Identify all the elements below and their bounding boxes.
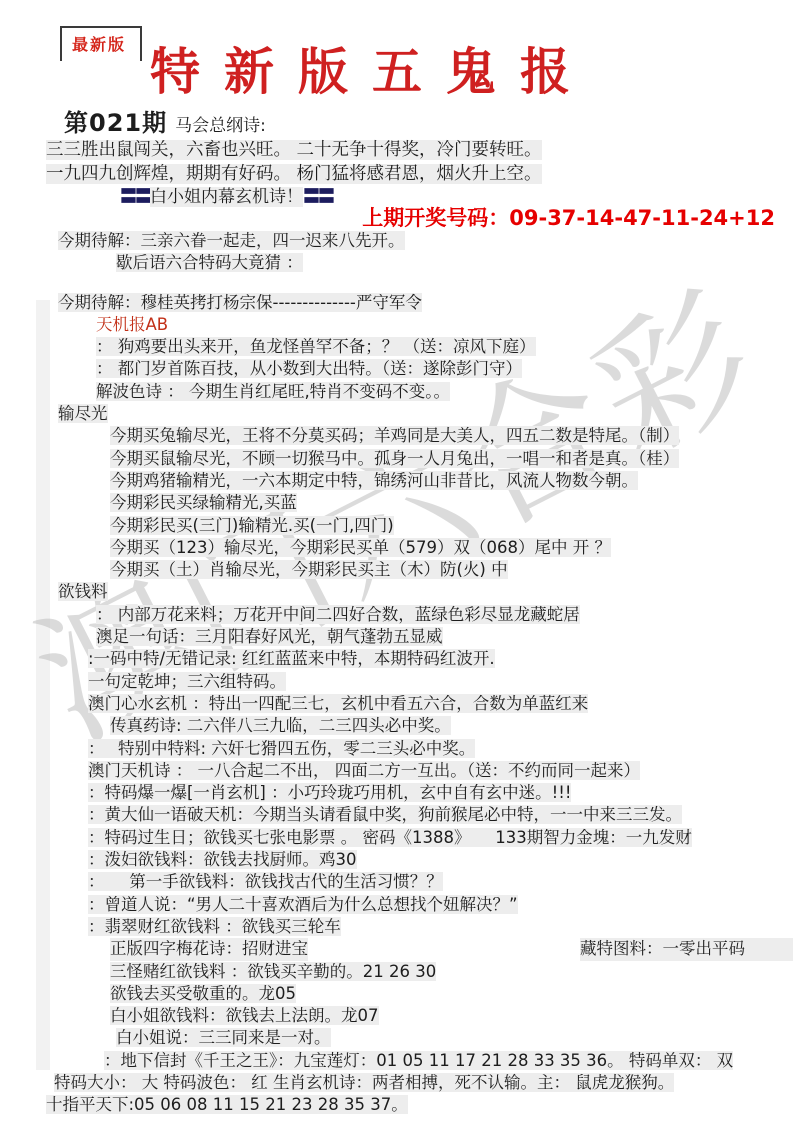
- masthead-poem-line: 一九四九创辉煌，期期有好码。 杨门猛将感君恩，烟火升上空。: [46, 162, 793, 186]
- line-text: 今期买鼠输尽光，不顾一切猴马中。孤身一人月兔出，一唱一和者是真。（桂）: [110, 449, 679, 468]
- line-text: 今期待解：穆桂英拷打杨宗保--------------严守军令: [58, 293, 422, 312]
- text-line: 解波色诗 ： 今期生肖红尾旺,特肖不变码不变。。: [96, 381, 793, 403]
- text-line: ： 第一手欲钱料：欲钱找古代的生活习惯？？: [88, 871, 793, 893]
- text-line: 白小姐欲钱料：欲钱去上法朗。龙07: [110, 1005, 793, 1027]
- plum-blossom-row: 正版四字梅花诗：招财进宝 藏特图料：一零出平码: [110, 938, 793, 960]
- text-line: 今期鸡猪输精光，一六本期定中特，锦绣河山非昔比，风流人物数今朝。: [110, 470, 793, 492]
- text-line: 十指平天下:05 06 08 11 15 21 23 28 35 37。: [46, 1094, 793, 1116]
- page-title: 特新版五鬼报: [150, 45, 793, 99]
- line-text: 欲钱料: [58, 582, 108, 601]
- hidden-special-line: 藏特图料：一零出平码: [580, 938, 793, 960]
- text-line: 欲钱去买受敬重的。龙05: [110, 983, 793, 1005]
- text-line: 今期待解：三亲六眷一起走，四一迟来八先开。: [58, 230, 793, 252]
- text-line: ： 都门岁首陈百技，从小数到大出特。（送：遂除彭门守）: [96, 358, 793, 380]
- text-line: 今期买（123）输尽光，今期彩民买单（579）双（068）尾中 开 ？: [110, 537, 793, 559]
- text-line: 今期买兔输尽光，王将不分莫买码；羊鸡同是大美人，四五二数是特尾。（制）: [110, 425, 793, 447]
- line-text: 十指平天下:05 06 08 11 15 21 23 28 35 37。: [46, 1095, 408, 1114]
- last-draw-label: 上期开奖号码：: [362, 206, 509, 230]
- text-line: ： 特别中特料: 六奸七猾四五伤，零二三头必中奖。: [88, 738, 793, 760]
- text-line: ：曾道人说：“男人二十喜欢酒后为什么总想找个妞解决？”: [88, 894, 793, 916]
- issue-number: 第021期: [64, 103, 167, 138]
- line-text: ： 第一手欲钱料：欲钱找古代的生活习惯？？: [88, 872, 443, 891]
- inner-poem-line: 〓〓白小姐内幕玄机诗！〓〓: [120, 186, 793, 208]
- line-text: 澳门心水玄机 ：特出一四配三七，玄机中看五六合，合数为单蓝红来: [88, 694, 588, 713]
- text-line: 澳门心水玄机 ：特出一四配三七，玄机中看五六合，合数为单蓝红来: [88, 693, 793, 715]
- text-line: ：泼妇欲钱料：欲钱去找厨师。鸡30: [88, 849, 793, 871]
- text-line: 今期彩民买绿输精光,买蓝: [110, 492, 793, 514]
- text-line: ：翡翠财红欲钱料 ：欲钱买三轮车: [88, 916, 793, 938]
- line-text: ：特码过生日；欲钱买七张电影票 。 密码《1388》 133期智力金塊：一九发财: [88, 828, 692, 847]
- section-label-yuqianliao: 欲钱料: [58, 581, 793, 603]
- text-line: 白小姐说：三三同来是一对。: [116, 1027, 793, 1049]
- line-text: 今期彩民买(三门)输精光.买(一门,四门): [110, 516, 394, 535]
- line-text: ：曾道人说：“男人二十喜欢酒后为什么总想找个妞解决？”: [88, 895, 518, 914]
- line-text: ：地下信封《千王之王》：九宝莲灯：01 05 11 17 21 28 33 35…: [104, 1051, 733, 1070]
- poem-text: 三三胜出鼠闯关，六畜也兴旺。 二十无争十得奖，冷门要转旺。: [46, 140, 542, 160]
- inner-poem-title: 白小姐内幕玄机诗！: [150, 187, 303, 207]
- section-label-tianjibao: 天机报AB: [96, 314, 793, 336]
- line-text: 歇后语六合特码大竟猜 ：: [116, 253, 303, 272]
- line-text: ： 都门岁首陈百技，从小数到大出特。（送：遂除彭门守）: [96, 359, 522, 378]
- line-text: ： 特别中特料: 六奸七猾四五伤，零二三头必中奖。: [88, 739, 475, 758]
- line-text: 输尽光: [58, 404, 108, 423]
- last-draw-row: 上期开奖号码：09-37-14-47-11-24+12: [46, 206, 793, 230]
- text-line: 澳足一句话：三月阳春好风光，朝气蓬勃五显威: [96, 626, 793, 648]
- newspaper-page: 澳门六合彩 最新版 特新版五鬼报 第021期 马会总纲诗: 三三胜出鼠闯关，六畜…: [0, 0, 793, 1122]
- masthead-poem-label: 马会总纲诗:: [175, 111, 266, 136]
- text-line: ：特码爆一爆[一肖玄机] ：小巧玲珑巧用机，玄中自有玄中迷。!!!: [88, 782, 793, 804]
- line-text: 特码大小： 大 特码波色： 红 生肖玄机诗：两者相搏，死不认输。主： 鼠虎龙猴狗…: [54, 1073, 674, 1092]
- text-line: 一句定乾坤；三六组特码。: [88, 671, 793, 693]
- text-line: ：地下信封《千王之王》：九宝莲灯：01 05 11 17 21 28 33 35…: [104, 1050, 793, 1072]
- line-text: 解波色诗 ： 今期生肖红尾旺,特肖不变码不变。。: [96, 382, 450, 401]
- line-text: 澳门天机诗 ： 一八合起二不出， 四面二方一互出。（送：不约而同一起来）: [88, 761, 640, 780]
- line-text: 澳足一句话：三月阳春好风光，朝气蓬勃五显威: [96, 627, 443, 646]
- text-line: 今期彩民买(三门)输精光.买(一门,四门): [110, 515, 793, 537]
- double-bar-icon: 〓〓: [120, 187, 150, 207]
- line-text: ： 内部万花来料；万花开中间二四好合数，蓝绿色彩尽显龙藏蛇居: [96, 605, 580, 624]
- edition-badge: 最新版: [60, 26, 142, 61]
- line-text: 今期买（123）输尽光，今期彩民买单（579）双（068）尾中 开 ？: [110, 538, 611, 557]
- line-text: ：黄大仙一语破天机：今期当头请看鼠中奖，狗前猴尾必中特，一一中来三三发。: [88, 805, 682, 824]
- line-text: 三怪赌红欲钱料 ：欲钱买辛勤的。21 26 30: [110, 962, 436, 981]
- line-text: 一句定乾坤；三六组特码。: [88, 672, 286, 691]
- line-text: :一码中特/无错记录: 红红蓝蓝来中特，本期特码红波开.: [88, 649, 495, 668]
- text-line: 今期买（土）肖输尽光，今期彩民买主（木）防(火) 中: [110, 559, 793, 581]
- masthead-poem-line: 三三胜出鼠闯关，六畜也兴旺。 二十无争十得奖，冷门要转旺。: [46, 138, 793, 162]
- section-label-shujinguang: 输尽光: [58, 403, 793, 425]
- issue-row: 第021期 马会总纲诗:: [64, 103, 793, 138]
- line-text: ： 狗鸡要出头来开，鱼龙怪兽罕不备；？ （送：凉风下庭）: [96, 337, 536, 356]
- text-line: ：黄大仙一语破天机：今期当头请看鼠中奖，狗前猴尾必中特，一一中来三三发。: [88, 804, 793, 826]
- line-text: ：特码爆一爆[一肖玄机] ：小巧玲珑巧用机，玄中自有玄中迷。!!!: [88, 783, 571, 802]
- line-text: 白小姐欲钱料：欲钱去上法朗。龙07: [110, 1006, 379, 1025]
- text-line: 今期买鼠输尽光，不顾一切猴马中。孤身一人月兔出，一唱一和者是真。（桂）: [110, 448, 793, 470]
- line-text: 传真药诗: 二六伴八三九临，二三四头必中奖。: [110, 716, 451, 735]
- last-draw-numbers: 09-37-14-47-11-24+12: [509, 206, 775, 230]
- plum-blossom-line: 正版四字梅花诗：招财进宝: [110, 938, 308, 960]
- text-line: :一码中特/无错记录: 红红蓝蓝来中特，本期特码红波开.: [88, 648, 793, 670]
- line-text: 今期买兔输尽光，王将不分莫买码；羊鸡同是大美人，四五二数是特尾。（制）: [110, 426, 679, 445]
- line-text: 今期彩民买绿输精光,买蓝: [110, 493, 297, 512]
- line-text: 欲钱去买受敬重的。龙05: [110, 984, 296, 1003]
- text-line: 特码大小： 大 特码波色： 红 生肖玄机诗：两者相搏，死不认输。主： 鼠虎龙猴狗…: [54, 1072, 793, 1094]
- line-text: ：泼妇欲钱料：欲钱去找厨师。鸡30: [88, 850, 357, 869]
- line-text: 今期买（土）肖输尽光，今期彩民买主（木）防(火) 中: [110, 560, 508, 579]
- text-line: 今期待解：穆桂英拷打杨宗保--------------严守军令: [58, 292, 793, 314]
- page-content: 最新版 特新版五鬼报 第021期 马会总纲诗: 三三胜出鼠闯关，六畜也兴旺。 二…: [0, 0, 793, 1117]
- text-line: ： 狗鸡要出头来开，鱼龙怪兽罕不备；？ （送：凉风下庭）: [96, 336, 793, 358]
- line-text: 天机报AB: [96, 315, 168, 334]
- line-text: 今期鸡猪输精光，一六本期定中特，锦绣河山非昔比，风流人物数今朝。: [110, 471, 638, 490]
- text-line: ：特码过生日；欲钱买七张电影票 。 密码《1388》 133期智力金塊：一九发财: [88, 827, 793, 849]
- poem-text: 一九四九创辉煌，期期有好码。 杨门猛将感君恩，烟火升上空。: [46, 164, 542, 184]
- text-line: 传真药诗: 二六伴八三九临，二三四头必中奖。: [110, 715, 793, 737]
- text-line: ： 内部万花来料；万花开中间二四好合数，蓝绿色彩尽显龙藏蛇居: [96, 604, 793, 626]
- text-line: 三怪赌红欲钱料 ：欲钱买辛勤的。21 26 30: [110, 961, 793, 983]
- line-text: 今期待解：三亲六眷一起走，四一迟来八先开。: [58, 231, 405, 250]
- line-text: 白小姐说：三三同来是一对。: [116, 1028, 331, 1047]
- line-text: ：翡翠财红欲钱料 ：欲钱买三轮车: [88, 917, 341, 936]
- text-line: 歇后语六合特码大竟猜 ：: [116, 252, 793, 274]
- text-line: 澳门天机诗 ： 一八合起二不出， 四面二方一互出。（送：不约而同一起来）: [88, 760, 793, 782]
- double-bar-icon: 〓〓: [303, 187, 333, 207]
